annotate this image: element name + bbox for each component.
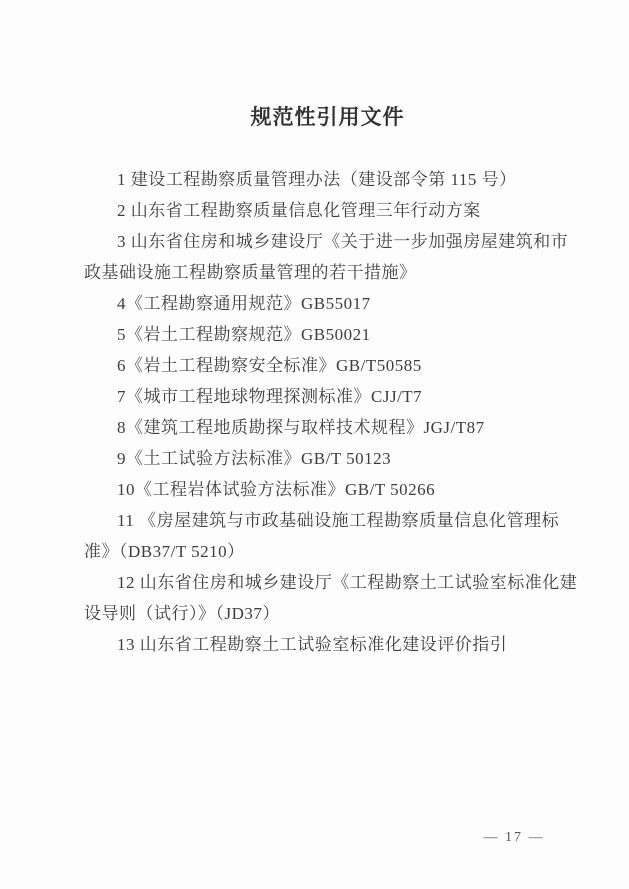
reference-line: 4《工程勘察通用规范》GB55017	[84, 288, 584, 319]
reference-line: 5《岩土工程勘察规范》GB50021	[84, 319, 584, 350]
reference-line: 3 山东省住房和城乡建设厅《关于进一步加强房屋建筑和市	[84, 226, 584, 257]
page-number: — 17 —	[457, 830, 571, 846]
reference-line: 11 《房屋建筑与市政基础设施工程勘察质量信息化管理标	[84, 505, 584, 536]
reference-line: 12 山东省住房和城乡建设厅《工程勘察土工试验室标准化建	[84, 567, 584, 598]
reference-line: 2 山东省工程勘察质量信息化管理三年行动方案	[84, 195, 584, 226]
reference-line: 政基础设施工程勘察质量管理的若干措施》	[84, 257, 584, 288]
reference-line: 8《建筑工程地质勘探与取样技术规程》JGJ/T87	[84, 412, 584, 443]
reference-line: 设导则（试行）》（JD37）	[84, 598, 584, 629]
page-title: 规范性引用文件	[0, 101, 629, 131]
reference-line: 10《工程岩体试验方法标准》GB/T 50266	[84, 474, 584, 505]
reference-line: 准》（DB37/T 5210）	[84, 536, 584, 567]
reference-line: 9《土工试验方法标准》GB/T 50123	[84, 443, 584, 474]
reference-line: 7《城市工程地球物理探测标准》CJJ/T7	[84, 381, 584, 412]
references-list: 1 建设工程勘察质量管理办法（建设部令第 115 号）2 山东省工程勘察质量信息…	[84, 164, 584, 660]
reference-line: 6《岩土工程勘察安全标准》GB/T50585	[84, 350, 584, 381]
reference-line: 13 山东省工程勘察土工试验室标准化建设评价指引	[84, 629, 584, 660]
reference-line: 1 建设工程勘察质量管理办法（建设部令第 115 号）	[84, 164, 584, 195]
document-page: 规范性引用文件 1 建设工程勘察质量管理办法（建设部令第 115 号）2 山东省…	[0, 0, 629, 889]
